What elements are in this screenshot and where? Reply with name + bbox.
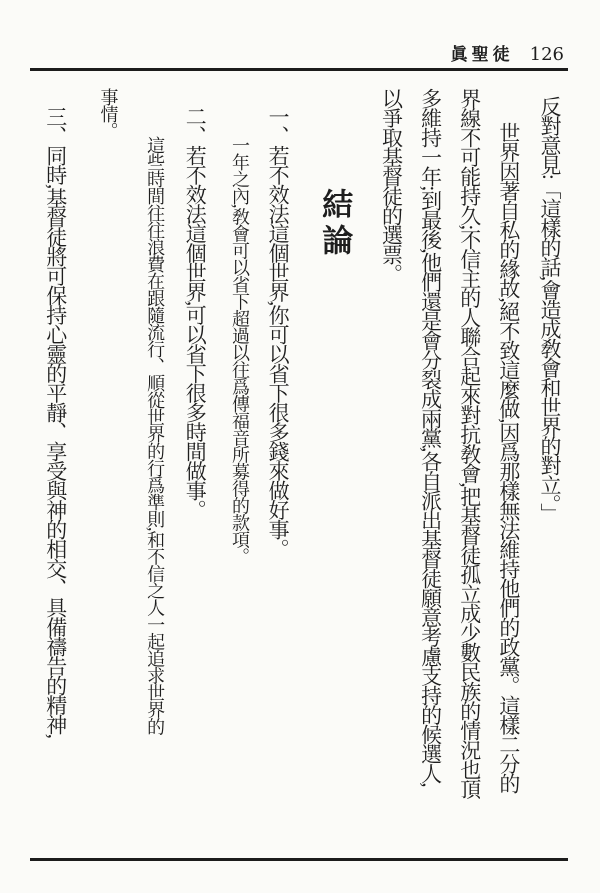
annotation-column: 一年之內,敎會可以省下超過以往爲傳福音所募得的款項。 xyxy=(229,88,250,860)
annotation-column: 事情。 xyxy=(98,88,119,860)
running-head: 眞聖徒 126 xyxy=(451,40,564,65)
header-rule xyxy=(30,68,568,71)
paragraph-column: 多維持一年;到最後,他們還是會分裂成兩黨,各自派出基督徒願意考慮支持的候選人, xyxy=(418,88,442,860)
book-page: 眞聖徒 126 反對意見:「這樣的話,會造成敎會和世界的對立。」世界因著自私的緣… xyxy=(0,0,600,893)
paragraph-column: 反對意見:「這樣的話,會造成敎會和世界的對立。」 xyxy=(538,88,562,860)
section-heading: 結論 xyxy=(316,88,353,860)
paragraph-column: 三、同時,基督徒將可保持心靈的平靜、享受與神的相交、具備禱告的精神, xyxy=(44,88,68,860)
footer-rule xyxy=(30,858,568,861)
book-title: 眞聖徒 xyxy=(451,40,514,65)
paragraph-column: 世界因著自私的緣故,絕不致這麼做,因爲那樣無法維持他們的政黨。這樣二分的 xyxy=(497,88,521,860)
paragraph-column: 一、若不效法這個世界,你可以省下很多錢來做好事。 xyxy=(266,88,290,860)
vertical-text-area: 反對意見:「這樣的話,會造成敎會和世界的對立。」世界因著自私的緣故,絕不致這麼做… xyxy=(44,88,562,860)
paragraph-column: 界線不可能持久;不信主的人聯合起來對抗敎會,把基督徒孤立成少數民族的情況也頂 xyxy=(458,88,482,860)
paragraph-column: 以爭取基督徒的選票。 xyxy=(379,88,403,860)
paragraph-column: 二、若不效法這個世界,可以省下很多時間做事。 xyxy=(183,88,207,860)
annotation-column: 這些時間往往浪費在跟隨流行、順從世界的行爲準則,和不信之人一起追求世界的 xyxy=(144,88,165,860)
page-number: 126 xyxy=(530,44,564,65)
